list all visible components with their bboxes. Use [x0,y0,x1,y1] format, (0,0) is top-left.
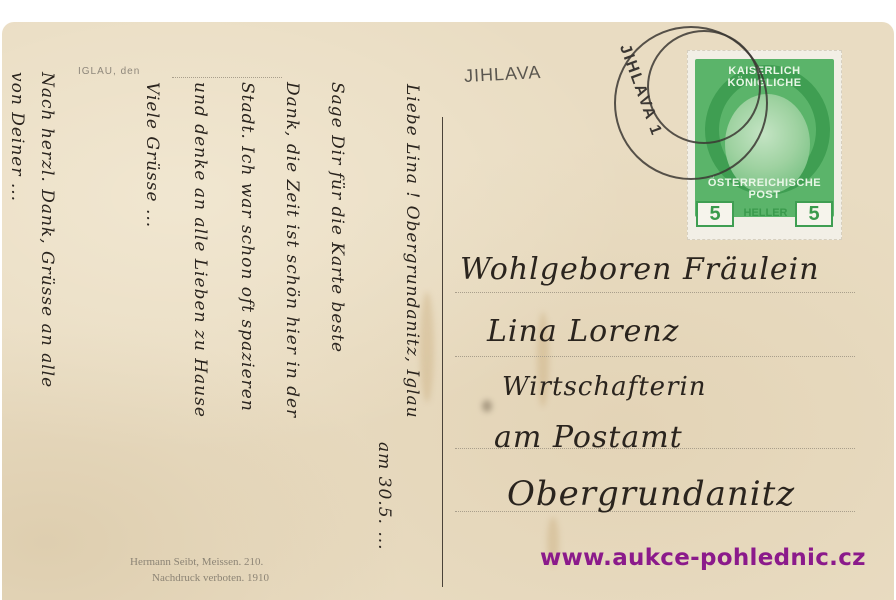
address-line-1: Wohlgeboren Fräulein [460,252,820,287]
message-column: am 30.5. ... [374,442,394,551]
address-line [455,356,855,357]
address-line-5: Obergrundanitz [507,474,795,514]
postmark-inner-ring [647,30,761,144]
message-column: von Deiner ... [7,72,27,202]
message-column: Dank, die Zeit ist schön hier in der [282,82,302,418]
message-column: Liebe Lina ! Obergrundanitz, Iglau [402,84,422,419]
postcard-back: IGLAU, den JIHLAVA KAISERLICH KÖNIGLICHE… [2,22,894,600]
publisher-imprint-2: Nachdruck verboten. 1910 [152,572,269,584]
stain [482,400,492,412]
jihlava-cancel-stamp: JIHLAVA [464,62,542,87]
message-column: Nach herzl. Dank, Grüsse an alle [37,72,57,388]
place-dotted-line [172,77,282,78]
message-column: Sage Dir für die Karte beste [327,82,347,353]
stamp-value-left: 5 [696,201,734,227]
address-line-2: Lina Lorenz [487,314,679,349]
address-line [455,292,855,293]
watermark-link[interactable]: www.aukce-pohlednic.cz [540,545,866,571]
stain [420,292,434,402]
place-label: IGLAU, den [78,66,140,77]
message-column: Stadt. Ich war schon oft spazieren [237,82,257,412]
message-column: Viele Grüsse ... [142,82,162,228]
message-column: und denke an alle Lieben zu Hause [190,82,210,418]
stamp-denomination: HELLER [743,207,788,219]
address-line-4: am Postamt [494,420,683,455]
stamp-bottom-text: ÖSTERREICHISCHE POST [695,177,834,201]
address-line-3: Wirtschafterin [502,372,707,402]
stamp-value-right: 5 [795,201,833,227]
divider-line [442,117,443,587]
publisher-imprint: Hermann Seibt, Meissen. 210. [130,556,263,568]
